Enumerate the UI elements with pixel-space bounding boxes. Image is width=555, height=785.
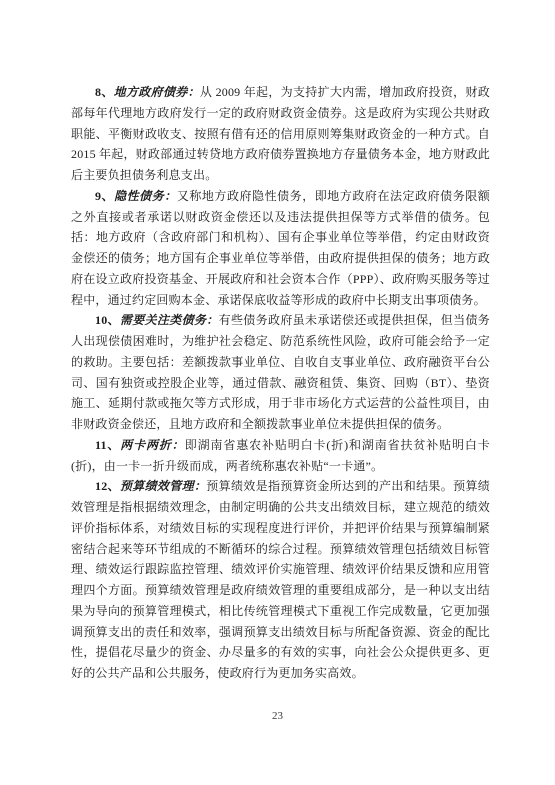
paragraph-text: 又称地方政府隐性债务，即地方政府在法定政府债务限额之外直接或者承诺以财政资金偿还… [71,189,490,307]
paragraph-text: 从 2009 年起，为支持扩大内需，增加政府投资，财政部每年代理地方政府发行一定… [71,85,490,182]
paragraph-10-debt-requiring-attention: 10、需要关注类债务：有些债务政府虽未承诺偿还或提供担保，但当债务人出现偿债困难… [71,310,490,435]
paragraph-number: 10、 [95,313,120,327]
paragraph-9-hidden-debt: 9、隐性债务：又称地方政府隐性债务，即地方政府在法定政府债务限额之外直接或者承诺… [71,186,490,311]
document-page: 8、地方政府债券：从 2009 年起，为支持扩大内需，增加政府投资，财政部每年代… [0,0,555,785]
page-number: 23 [0,710,555,722]
paragraph-term: 两卡两折： [120,438,184,452]
paragraph-text: 有些债务政府虽未承诺偿还或提供担保，但当债务人出现偿债困难时，为维护社会稳定、防… [71,313,490,431]
paragraph-11-two-cards-two-passbooks: 11、两卡两折：即湖南省惠农补贴明白卡(折)和湖南省扶贫补贴明白卡(折)，由一卡… [71,435,490,477]
paragraph-term: 需要关注类债务： [120,313,219,327]
paragraph-number: 11、 [95,438,120,452]
paragraph-term: 预算绩效管理： [120,479,206,493]
paragraph-term: 隐性债务： [114,189,177,203]
paragraph-number: 8、 [95,85,114,99]
paragraph-term: 地方政府债券： [114,85,200,99]
paragraph-number: 12、 [95,479,120,493]
paragraph-12-budget-performance-management: 12、预算绩效管理：预算绩效是指预算资金所达到的产出和结果。预算绩效管理是指根据… [71,476,490,684]
paragraph-8-local-government-bonds: 8、地方政府债券：从 2009 年起，为支持扩大内需，增加政府投资，财政部每年代… [71,82,490,186]
paragraph-number: 9、 [95,189,114,203]
document-body: 8、地方政府债券：从 2009 年起，为支持扩大内需，增加政府投资，财政部每年代… [71,82,490,684]
paragraph-text: 预算绩效是指预算资金所达到的产出和结果。预算绩效管理是指根据绩效理念，由制定明确… [71,479,490,680]
